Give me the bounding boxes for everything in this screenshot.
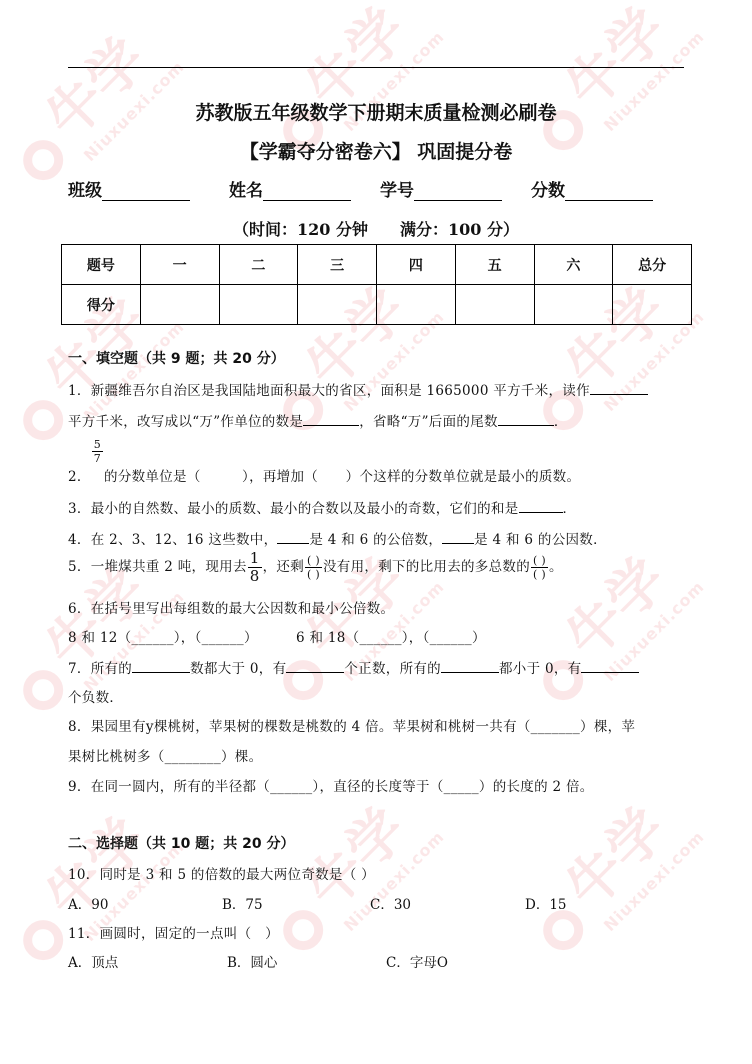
score-header-cell: 六 — [534, 245, 613, 285]
score-label: 分数 — [531, 181, 565, 201]
answer-blank[interactable] — [303, 413, 359, 426]
score-blank[interactable] — [565, 182, 653, 201]
full-score: 满分：100 分） — [400, 220, 519, 239]
score-row-label: 得分 — [62, 285, 141, 325]
question-10-option-c[interactable]: C．30 — [370, 893, 411, 913]
question-11-option-a[interactable]: A．顶点 — [68, 951, 118, 971]
question-10-option-b[interactable]: B．75 — [222, 893, 263, 913]
class-label: 班级 — [68, 181, 102, 201]
answer-fraction[interactable]: ( )( ) — [531, 555, 548, 580]
score-header-cell: 总分 — [613, 245, 692, 285]
score-cell[interactable] — [219, 285, 298, 325]
score-cell[interactable] — [613, 285, 692, 325]
name-field[interactable]: 姓名 — [229, 176, 351, 201]
time-limit: （时间：120 分钟 — [233, 220, 368, 239]
question-9: 9．在同一圆内，所有的半径都（______），直径的长度等于（_____）的长度… — [68, 775, 594, 795]
score-table-score-row: 得分 — [62, 285, 692, 325]
score-header-cell: 二 — [219, 245, 298, 285]
score-field[interactable]: 分数 — [531, 176, 653, 201]
fraction-1-8: 18 — [248, 551, 262, 584]
answer-blank[interactable] — [581, 660, 639, 673]
answer-blank[interactable] — [442, 531, 474, 544]
fraction-5-7: 57 — [92, 439, 103, 464]
question-7-line-1: 7．所有的数都大于 0，有个正数，所有的都小于 0，有 — [68, 657, 639, 677]
student-info-row: 班级 姓名 学号 分数 — [68, 176, 668, 202]
section-2-heading: 二、选择题（共 10 题；共 20 分） — [68, 833, 294, 853]
class-blank[interactable] — [102, 182, 190, 201]
answer-blank[interactable] — [498, 413, 554, 426]
score-cell[interactable] — [140, 285, 219, 325]
score-table: 题号 一 二 三 四 五 六 总分 得分 — [61, 244, 692, 325]
question-6: 6．在括号里写出每组数的最大公因数和最小公倍数。 — [68, 597, 394, 617]
question-11-option-b[interactable]: B．圆心 — [227, 951, 277, 971]
question-11-option-c[interactable]: C．字母O — [386, 951, 448, 971]
exam-page: 苏教版五年级数学下册期末质量检测必刷卷 【学霸夺分密卷六】 巩固提分卷 班级 姓… — [0, 0, 752, 1064]
score-header-cell: 三 — [298, 245, 377, 285]
question-1-line-2: 平方千米，改写成以“万”作单位的数是，省略“万”后面的尾数． — [68, 410, 568, 430]
score-cell[interactable] — [455, 285, 534, 325]
question-2: 2．57的分数单位是（ ），再增加（ ）个这样的分数单位就是最小的质数。 — [68, 439, 580, 464]
score-header-cell: 五 — [455, 245, 534, 285]
question-10-option-a[interactable]: A．90 — [68, 893, 108, 913]
time-info: （时间：120 分钟满分：100 分） — [0, 217, 752, 240]
name-blank[interactable] — [263, 182, 351, 201]
question-11: 11．画圆时，固定的一点叫（ ） — [68, 922, 279, 942]
student-id-field[interactable]: 学号 — [380, 176, 502, 201]
answer-blank[interactable] — [277, 531, 309, 544]
answer-blank[interactable] — [132, 660, 190, 673]
score-cell[interactable] — [298, 285, 377, 325]
student-id-blank[interactable] — [414, 182, 502, 201]
answer-fraction[interactable]: ( )( ) — [305, 555, 322, 580]
question-6-line-b: 6 和 18（______），（______） — [296, 626, 486, 646]
score-cell[interactable] — [534, 285, 613, 325]
score-table-header-row: 题号 一 二 三 四 五 六 总分 — [62, 245, 692, 285]
score-header-cell: 一 — [140, 245, 219, 285]
answer-blank[interactable] — [441, 660, 499, 673]
question-10-option-d[interactable]: D．15 — [525, 893, 567, 913]
score-header-cell: 题号 — [62, 245, 141, 285]
question-10: 10．同时是 3 和 5 的倍数的最大两位奇数是（ ） — [68, 863, 375, 883]
section-1-heading: 一、填空题（共 9 题；共 20 分） — [68, 348, 285, 368]
question-5: 5．一堆煤共重 2 吨，现用去18，还剩( )( )没有用，剩下的比用去的多总数… — [68, 551, 563, 584]
answer-blank[interactable] — [286, 660, 344, 673]
score-cell[interactable] — [377, 285, 456, 325]
question-8-line-2: 果树比桃树多（________）棵。 — [68, 745, 262, 765]
exam-title: 苏教版五年级数学下册期末质量检测必刷卷 — [0, 98, 752, 125]
question-7-line-2: 个负数． — [68, 686, 123, 706]
exam-subtitle: 【学霸夺分密卷六】 巩固提分卷 — [0, 137, 752, 164]
score-header-cell: 四 — [377, 245, 456, 285]
question-8-line-1: 8．果园里有y棵桃树，苹果树的棵数是桃数的 4 倍。苹果树和桃树一共有（____… — [68, 715, 635, 735]
answer-blank[interactable] — [590, 382, 648, 395]
answer-blank[interactable] — [519, 500, 563, 513]
question-1-line-1: 1．新疆维吾尔自治区是我国陆地面积最大的省区，面积是 1665000 平方千米，… — [68, 379, 648, 399]
student-id-label: 学号 — [380, 181, 414, 201]
question-6-line-a: 8 和 12（______），（______） — [68, 626, 258, 646]
name-label: 姓名 — [229, 181, 263, 201]
header-rule — [68, 67, 684, 68]
class-field[interactable]: 班级 — [68, 176, 190, 201]
question-3: 3．最小的自然数、最小的质数、最小的合数以及最小的奇数，它们的和是． — [68, 497, 576, 517]
question-4: 4．在 2、3、12、16 这些数中，是 4 和 6 的公倍数，是 4 和 6 … — [68, 528, 607, 548]
